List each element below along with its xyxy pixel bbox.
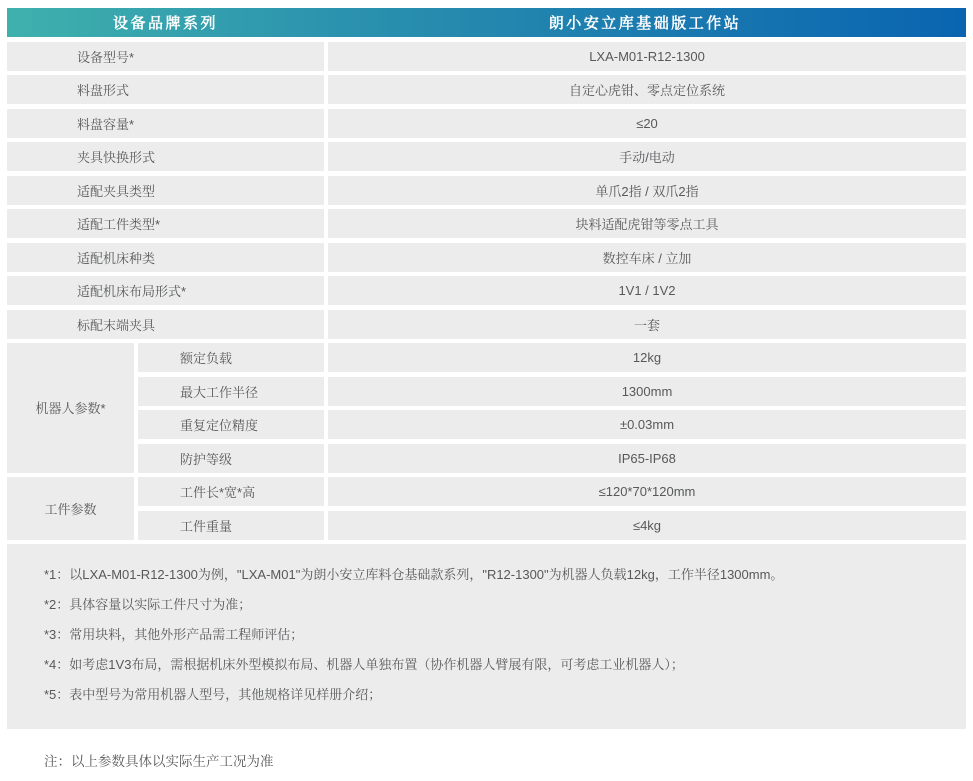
table-row: 料盘形式 自定心虎钳、零点定位系统 [7,75,966,104]
row-value: 单爪2指 / 双爪2指 [328,176,966,205]
row-value: 1300mm [328,377,966,406]
header-brand-series: 设备品牌系列 [7,8,324,37]
table-row: 夹具快换形式 手动/电动 [7,142,966,171]
row-value: 手动/电动 [328,142,966,171]
row-label: 设备型号* [7,42,324,71]
table-row: 料盘容量* ≤20 [7,109,966,138]
footnote-line: *3：常用块料，其他外形产品需工程师评估； [44,620,936,650]
row-label: 料盘容量* [7,109,324,138]
table-row: 标配末端夹具 一套 [7,310,966,339]
table-row: 工件长*宽*高 ≤120*70*120mm [138,477,966,506]
table-group: 机器人参数* 额定负载 12kg 最大工作半径 1300mm 重复定位精度 ±0… [7,343,966,473]
row-value: ≤20 [328,109,966,138]
row-label: 标配末端夹具 [7,310,324,339]
spec-sheet: 设备品牌系列 朗小安立库基础版工作站 设备型号* LXA-M01-R12-130… [7,8,966,729]
row-label: 料盘形式 [7,75,324,104]
row-label: 适配机床布局形式* [7,276,324,305]
table-body: 设备型号* LXA-M01-R12-1300 料盘形式 自定心虎钳、零点定位系统… [7,42,966,540]
table-row: 适配机床种类 数控车床 / 立加 [7,243,966,272]
row-value: IP65-IP68 [328,444,966,473]
row-value: LXA-M01-R12-1300 [328,42,966,71]
row-value: ≤4kg [328,511,966,540]
row-label: 重复定位精度 [138,410,324,439]
row-value: 块料适配虎钳等零点工具 [328,209,966,238]
row-label: 适配工件类型* [7,209,324,238]
table-row: 适配机床布局形式* 1V1 / 1V2 [7,276,966,305]
row-value: 数控车床 / 立加 [328,243,966,272]
row-value: 1V1 / 1V2 [328,276,966,305]
group-label: 机器人参数* [7,343,134,473]
footnote-line: *4：如考虑1V3布局，需根据机床外型模拟布局、机器人单独布置（协作机器人臂展有… [44,650,936,680]
row-label: 工件长*宽*高 [138,477,324,506]
footnote-line: *5：表中型号为常用机器人型号，其他规格详见样册介绍； [44,680,936,710]
footnotes-block: *1：以LXA-M01-R12-1300为例，"LXA-M01"为朗小安立库料仓… [7,544,966,729]
table-row: 工件重量 ≤4kg [138,511,966,540]
row-label: 适配机床种类 [7,243,324,272]
table-row: 重复定位精度 ±0.03mm [138,410,966,439]
row-label: 适配夹具类型 [7,176,324,205]
row-value: 自定心虎钳、零点定位系统 [328,75,966,104]
table-group: 工件参数 工件长*宽*高 ≤120*70*120mm 工件重量 ≤4kg [7,477,966,540]
row-value: ≤120*70*120mm [328,477,966,506]
table-row: 防护等级 IP65-IP68 [138,444,966,473]
table-header: 设备品牌系列 朗小安立库基础版工作站 [7,8,966,37]
header-product-name: 朗小安立库基础版工作站 [324,8,966,37]
row-label: 夹具快换形式 [7,142,324,171]
row-label: 额定负载 [138,343,324,372]
row-label: 防护等级 [138,444,324,473]
table-row: 额定负载 12kg [138,343,966,372]
footnote-line: *1：以LXA-M01-R12-1300为例，"LXA-M01"为朗小安立库料仓… [44,560,936,590]
row-value: 12kg [328,343,966,372]
group-rows: 工件长*宽*高 ≤120*70*120mm 工件重量 ≤4kg [138,477,966,540]
table-row: 适配夹具类型 单爪2指 / 双爪2指 [7,176,966,205]
row-value: ±0.03mm [328,410,966,439]
table-row: 设备型号* LXA-M01-R12-1300 [7,42,966,71]
row-label: 最大工作半径 [138,377,324,406]
table-row: 适配工件类型* 块料适配虎钳等零点工具 [7,209,966,238]
group-rows: 额定负载 12kg 最大工作半径 1300mm 重复定位精度 ±0.03mm 防… [138,343,966,473]
table-row: 最大工作半径 1300mm [138,377,966,406]
group-label: 工件参数 [7,477,134,540]
row-value: 一套 [328,310,966,339]
footnote-line: *2：具体容量以实际工件尺寸为准； [44,590,936,620]
bottom-note: 注：以上参数具体以实际生产工况为准 [44,750,274,770]
row-label: 工件重量 [138,511,324,540]
